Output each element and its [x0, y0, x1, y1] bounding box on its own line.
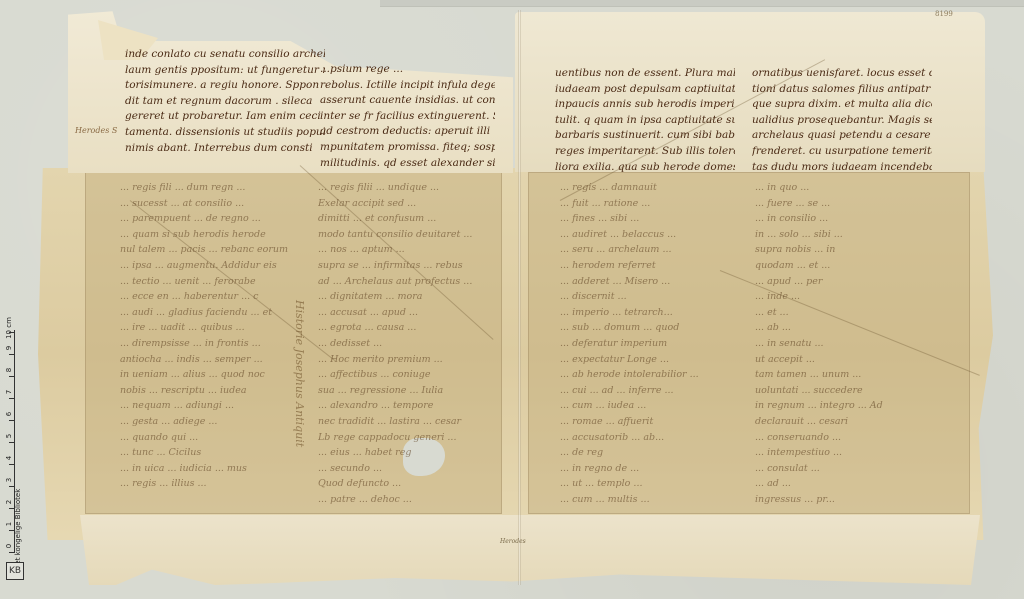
text-line: ... in uica ... iudicia ... mus [120, 461, 290, 477]
text-line: ornatibus uenisfaret. locus esset cogna [752, 66, 932, 82]
text-line: tas dudu mors iudaeam incendebat [752, 160, 932, 176]
text-line: tamenta. dissensionis ut studiis popula [125, 125, 325, 141]
text-line: tulit. q quam in ipsa captiuitate sub ho… [555, 113, 735, 129]
text-line: ... inde ... [755, 289, 930, 305]
text-line: ... conseruando ... [755, 430, 930, 446]
text-line: inter se fr facilius extinguerent. Secun… [320, 109, 495, 125]
text-line: ... ut ... templo ... [560, 476, 735, 492]
text-line: tam tamen ... unum ... [755, 367, 930, 383]
scale-number: 9 [5, 343, 13, 353]
text-line: ... fuere ... se ... [755, 196, 930, 212]
scale-number: 2 [5, 497, 13, 507]
text-line: ... regis filii ... undique ... [318, 180, 488, 196]
text-line: ad ... Archelaus aut profectus ... [318, 274, 488, 290]
text-line: ... dignitatem ... mora [318, 289, 488, 305]
scale-unit-label: 10 cm [5, 317, 13, 339]
bottom-flap [80, 515, 980, 585]
text-line: ... seru ... archelaum ... [560, 242, 735, 258]
text-line: ... affectibus ... coniuge [318, 367, 488, 383]
text-line: dit tam et regnum dacorum . sileca [125, 94, 325, 110]
text-line: ... nos ... aptum ... [318, 242, 488, 258]
text-line: inpaucis annis sub herodis imperio per [555, 97, 735, 113]
text-line: militudinis. qd esset alexander simula [320, 156, 495, 172]
scale-bar: 0 1 2 3 4 5 6 7 8 9 10 cm Det kongelige … [4, 330, 26, 582]
text-line: ... secundo ... [318, 461, 488, 477]
text-line: ... fines ... sibi ... [560, 211, 735, 227]
text-line: ... ipsa ... augmentu. Addidur eis [120, 258, 290, 274]
text-line: ... et ... [755, 305, 930, 321]
text-line: quodam ... et ... [755, 258, 930, 274]
text-line: archelaus quasi petendu a cesare regni [752, 128, 932, 144]
text-line: ... adderet ... Misero ... [560, 274, 735, 290]
text-line: ... discernit ... [560, 289, 735, 305]
text-line: supra se ... infirmitas ... rebus [318, 258, 488, 274]
text-line: ingressus ... pr... [755, 492, 930, 508]
text-line: rebolus. Ictille incipit infula degere [320, 78, 495, 94]
text-line: ... accusat ... apud ... [318, 305, 488, 321]
text-line: ... accusatorib ... ab... [560, 430, 735, 446]
text-line: uoluntati ... succedere [755, 383, 930, 399]
text-line: ut accepit ... [755, 352, 930, 368]
text-line: ... fuit ... ratione ... [560, 196, 735, 212]
text-line: ... in regno de ... [560, 461, 735, 477]
text-line: ... consulat ... [755, 461, 930, 477]
mounting-strip [380, 0, 1024, 7]
text-line: ... in consilio ... [755, 211, 930, 227]
text-column-lower-right-2: ... in quo ... ... fuere ... se ... ... … [755, 180, 930, 507]
text-line: ... sub ... domum ... quod [560, 320, 735, 336]
text-line: ... dirempsisse ... in frontis ... [120, 336, 290, 352]
text-line: barbaris sustinuerit. cum sibi babiloniq… [555, 128, 735, 144]
text-line: tioni datus salomes filius antipatr illa [752, 82, 932, 98]
text-line: gereret ut probaretur. Iam enim ceci [125, 109, 325, 125]
text-line: ... ad ... [755, 476, 930, 492]
text-line: ... herodem referret [560, 258, 735, 274]
text-line: ... alexandro ... tempore [318, 398, 488, 414]
text-line: ... quando qui ... [120, 430, 290, 446]
text-line: ... regis ... damnauit [560, 180, 735, 196]
text-line: ... parempuent ... de regno ... [120, 211, 290, 227]
institution-label: Det kongelige Bibliotek [14, 480, 26, 570]
text-line: ... apud ... per [755, 274, 930, 290]
text-column-upper-right-1: uentibus non de essent. Plura malorum iu… [555, 66, 735, 175]
text-line: nul talem ... pacis ... rebanc eorum [120, 242, 290, 258]
text-line: in ueniam ... alius ... quod noc [120, 367, 290, 383]
text-line: ... tectio ... uenit ... ferorabe [120, 274, 290, 290]
scale-number: 8 [5, 365, 13, 375]
text-line: modo tantu consilio deuitaret ... [318, 227, 488, 243]
text-line: ... regis ... illius ... [120, 476, 290, 492]
text-line: ... sucesst ... at consilio ... [120, 196, 290, 212]
margin-note: Herodes S [75, 126, 117, 135]
text-line: torisimunere. a regiu honore. Sppon [125, 78, 325, 94]
text-line: ... eius ... habet reg [318, 445, 488, 461]
text-line: in regnum ... integro ... Ad [755, 398, 930, 414]
scale-number: 0 [5, 541, 13, 551]
text-line: ... gesta ... adiege ... [120, 414, 290, 430]
text-line: ... audi ... gladius faciendu ... et [120, 305, 290, 321]
text-line: ... intempestiuo ... [755, 445, 930, 461]
text-line: Quod defuncto ... [318, 476, 488, 492]
scale-number: 6 [5, 409, 13, 419]
text-line: mpunitatem promissa. fiteq; sospecie [320, 140, 495, 156]
text-line: dimitti ... et confusum ... [318, 211, 488, 227]
crown-logo-icon: KB [6, 562, 24, 580]
text-line: liora exilia. qua sub herode domesticu [555, 160, 735, 176]
text-line: ... romae ... affuerit [560, 414, 735, 430]
scale-tick [9, 442, 15, 443]
text-line: supra nobis ... in [755, 242, 930, 258]
text-column-upper-left-1: inde conlato cu senatu consilio archelau… [125, 47, 325, 156]
text-line: ad cestrom deductis: aperuit illi [320, 124, 495, 140]
text-column-lower-right-1: ... regis ... damnauit ... fuit ... rati… [560, 180, 735, 507]
scale-number: 3 [5, 475, 13, 485]
text-line: nec tradidit ... lastira ... cesar [318, 414, 488, 430]
text-column-lower-left-1: ... regis fili ... dum regn ... ... suce… [120, 180, 290, 492]
scale-tick [9, 354, 15, 355]
scale-tick [9, 464, 15, 465]
text-line: ... dedisset ... [318, 336, 488, 352]
text-line: ... expectatur Longe ... [560, 352, 735, 368]
text-line: ... cum ... iudea ... [560, 398, 735, 414]
vertical-margin-note: Historie Josephus Antiquit [292, 300, 306, 530]
text-line: iudaeam post depulsam captiuitatem [555, 82, 735, 98]
scale-number: 5 [5, 431, 13, 441]
shelfmark-number: 8199 [935, 10, 953, 18]
text-line: sua ... regressione ... Iulia [318, 383, 488, 399]
text-line: ... ire ... uadit ... quibus ... [120, 320, 290, 336]
text-line: ...psium rege ... [320, 62, 495, 78]
text-line: ... de reg [560, 445, 735, 461]
text-line: frenderet. cu usurpatione temeritatis [752, 144, 932, 160]
text-line: ... quam si sub herodis herode [120, 227, 290, 243]
scale-tick [9, 420, 15, 421]
text-line: ... ab herode intolerabilior ... [560, 367, 735, 383]
text-line: laum gentis ppositum: ut fungeretur reo [125, 63, 325, 79]
text-line: antiocha ... indis ... semper ... [120, 352, 290, 368]
bottom-note: Herodes [500, 538, 526, 545]
text-column-lower-left-2: ... regis filii ... undique ... Exelar a… [318, 180, 488, 507]
text-line: ualidius prosequebantur. Magis se ad [752, 113, 932, 129]
text-line: ... cui ... ad ... inferre ... [560, 383, 735, 399]
text-line: Lb rege cappadocu generi ... [318, 430, 488, 446]
scale-number: 7 [5, 387, 13, 397]
text-line: ... Hoc merito premium ... [318, 352, 488, 368]
text-line: nimis abant. Interrebus dum consti [125, 141, 325, 157]
text-line: ... nequam ... adiungi ... [120, 398, 290, 414]
text-line: ... in quo ... [755, 180, 930, 196]
center-fold [518, 10, 521, 585]
scale-number: 4 [5, 453, 13, 463]
text-line: ... tunc ... Cicilus [120, 445, 290, 461]
scale-tick [9, 398, 15, 399]
text-line: Exelar accipit sed ... [318, 196, 488, 212]
text-line: ... patre ... dehoc ... [318, 492, 488, 508]
text-line: nobis ... rescriptu ... iudea [120, 383, 290, 399]
text-line: ... egrota ... causa ... [318, 320, 488, 336]
text-column-upper-left-2: ...psium rege ... rebolus. Ictille incip… [320, 62, 495, 171]
scale-number: 1 [5, 519, 13, 529]
text-line: inde conlato cu senatu consilio archelau… [125, 47, 325, 63]
text-line: reges imperitarent. Sub illis tolerabi [555, 144, 735, 160]
text-line: ... regis fili ... dum regn ... [120, 180, 290, 196]
text-line: in ... solo ... sibi ... [755, 227, 930, 243]
text-line: asserunt cauente insidias. ut coniuncti [320, 93, 495, 109]
text-line: ... ab ... [755, 320, 930, 336]
text-line: uentibus non de essent. Plura malorum [555, 66, 735, 82]
text-column-upper-right-2: ornatibus uenisfaret. locus esset cogna … [752, 66, 932, 175]
text-line: ... imperio ... tetrarch... [560, 305, 735, 321]
text-line: ... in senatu ... [755, 336, 930, 352]
text-line: ... cum ... multis ... [560, 492, 735, 508]
text-line: declarauit ... cesari [755, 414, 930, 430]
text-line: ... deferatur imperium [560, 336, 735, 352]
text-line: ... ecce en ... haberentur ... c [120, 289, 290, 305]
text-line: que supra dixim. et multa alia dicenda [752, 97, 932, 113]
text-line: ... audiret ... belaccus ... [560, 227, 735, 243]
scale-tick [9, 376, 15, 377]
